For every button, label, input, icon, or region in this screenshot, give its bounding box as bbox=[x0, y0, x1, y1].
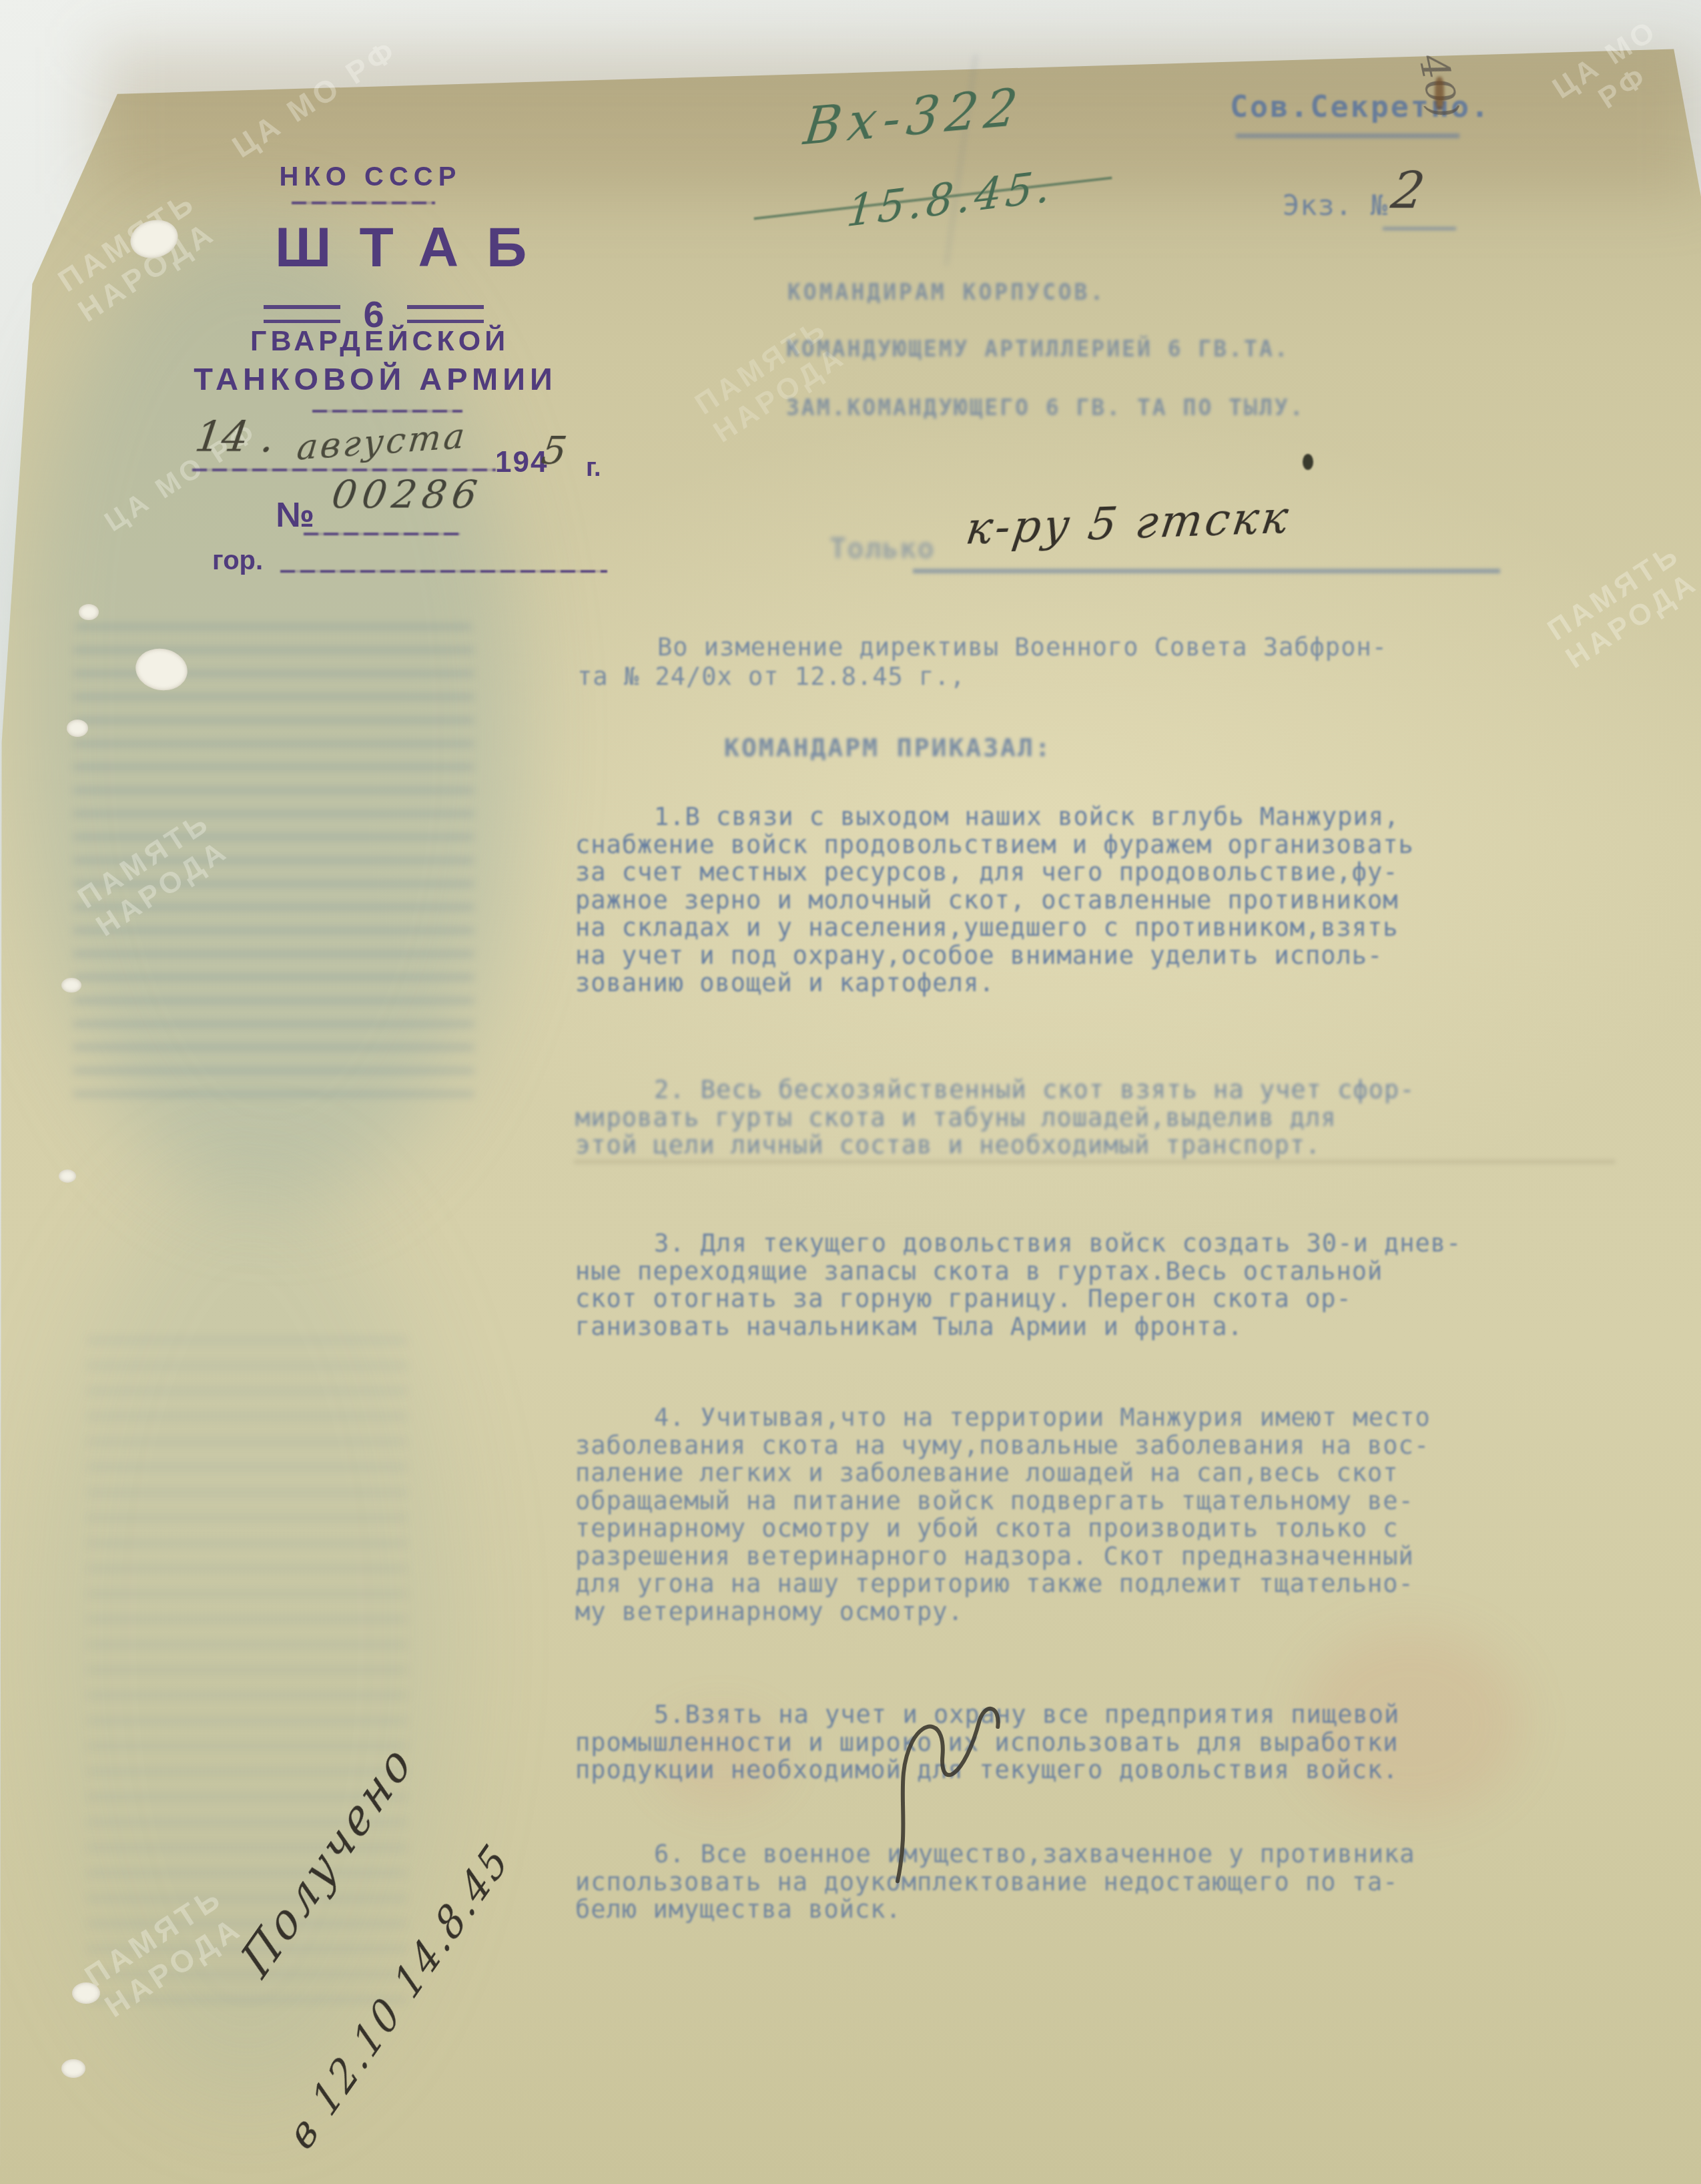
stamp-org-line: НКО СССР bbox=[274, 162, 467, 192]
damage-spot bbox=[72, 1982, 100, 2004]
city-underline bbox=[280, 570, 607, 573]
order-heading: КОМАНДАРМ ПРИКАЗАЛ: bbox=[724, 733, 1052, 762]
damage-spot bbox=[61, 2059, 85, 2078]
stamp-guards-line: ГВАРДЕЙСКОЙ bbox=[250, 325, 500, 358]
stamp-equals-left bbox=[264, 305, 340, 323]
scanned-document-page: { "watermark": { "full": "ПАМЯТЬ НАРОДА"… bbox=[0, 0, 1701, 2184]
ink-fleck bbox=[1303, 454, 1313, 470]
damage-spot bbox=[61, 978, 81, 993]
damage-spot bbox=[67, 720, 88, 737]
only-underline bbox=[913, 569, 1500, 573]
stamp-hq-title: ШТАБ bbox=[247, 215, 500, 280]
damage-spot bbox=[59, 1169, 76, 1183]
addressee-line-1: КОМАНДИРАМ КОРПУСОВ. bbox=[787, 279, 1106, 305]
doc-number-handwritten: 00286 bbox=[329, 471, 485, 517]
paragraph-3: 3. Для текущего довольствия войск создат… bbox=[575, 1230, 1616, 1340]
body-intro: Во изменение директивы Военного Совета З… bbox=[577, 633, 1618, 692]
addressee-line-3: ЗАМ.КОМАНДУЮЩЕГО 6 ГВ. ТА ПО ТЫЛУ. bbox=[786, 394, 1305, 421]
damage-spot bbox=[79, 604, 99, 620]
signature-flourish bbox=[845, 1693, 1050, 1898]
addressee-line-2: КОМАНДУЮЩЕМУ АРТИЛЛЕРИЕЙ 6 ГВ.ТА. bbox=[786, 336, 1290, 362]
secrecy-underline bbox=[1236, 133, 1459, 138]
copy-number-label: Экз. № bbox=[1283, 189, 1388, 222]
stamp-army-line: ТАНКОВОЙ АРМИИ bbox=[194, 360, 557, 397]
paragraph-5: 5.Взять на учет и охрану все предприятия… bbox=[575, 1701, 1616, 1784]
date-day-handwritten: 14 . bbox=[192, 413, 278, 461]
paragraph-4: 4. Учитывая,что на территории Манжурия и… bbox=[575, 1404, 1616, 1625]
city-label: гор. bbox=[212, 546, 263, 576]
doc-number-label: № bbox=[276, 495, 314, 535]
doc-number-underline bbox=[304, 533, 460, 535]
only-label: Только bbox=[829, 532, 935, 565]
stamp-divider-2 bbox=[312, 410, 462, 413]
stamp-equals-right bbox=[407, 305, 484, 323]
copy-number-underline bbox=[1383, 227, 1456, 230]
year-suffix: г. bbox=[586, 454, 601, 483]
paragraph-2: 2. Весь бесхозяйственный скот взять на у… bbox=[575, 1076, 1616, 1159]
stamp-divider-1 bbox=[292, 202, 435, 204]
paragraph-1: 1.В связи с выходом наших войск вглубь М… bbox=[575, 803, 1616, 997]
paragraph-6: 6. Все военное имущество,захваченное у п… bbox=[575, 1840, 1616, 1924]
rust-fleck bbox=[1435, 77, 1444, 110]
